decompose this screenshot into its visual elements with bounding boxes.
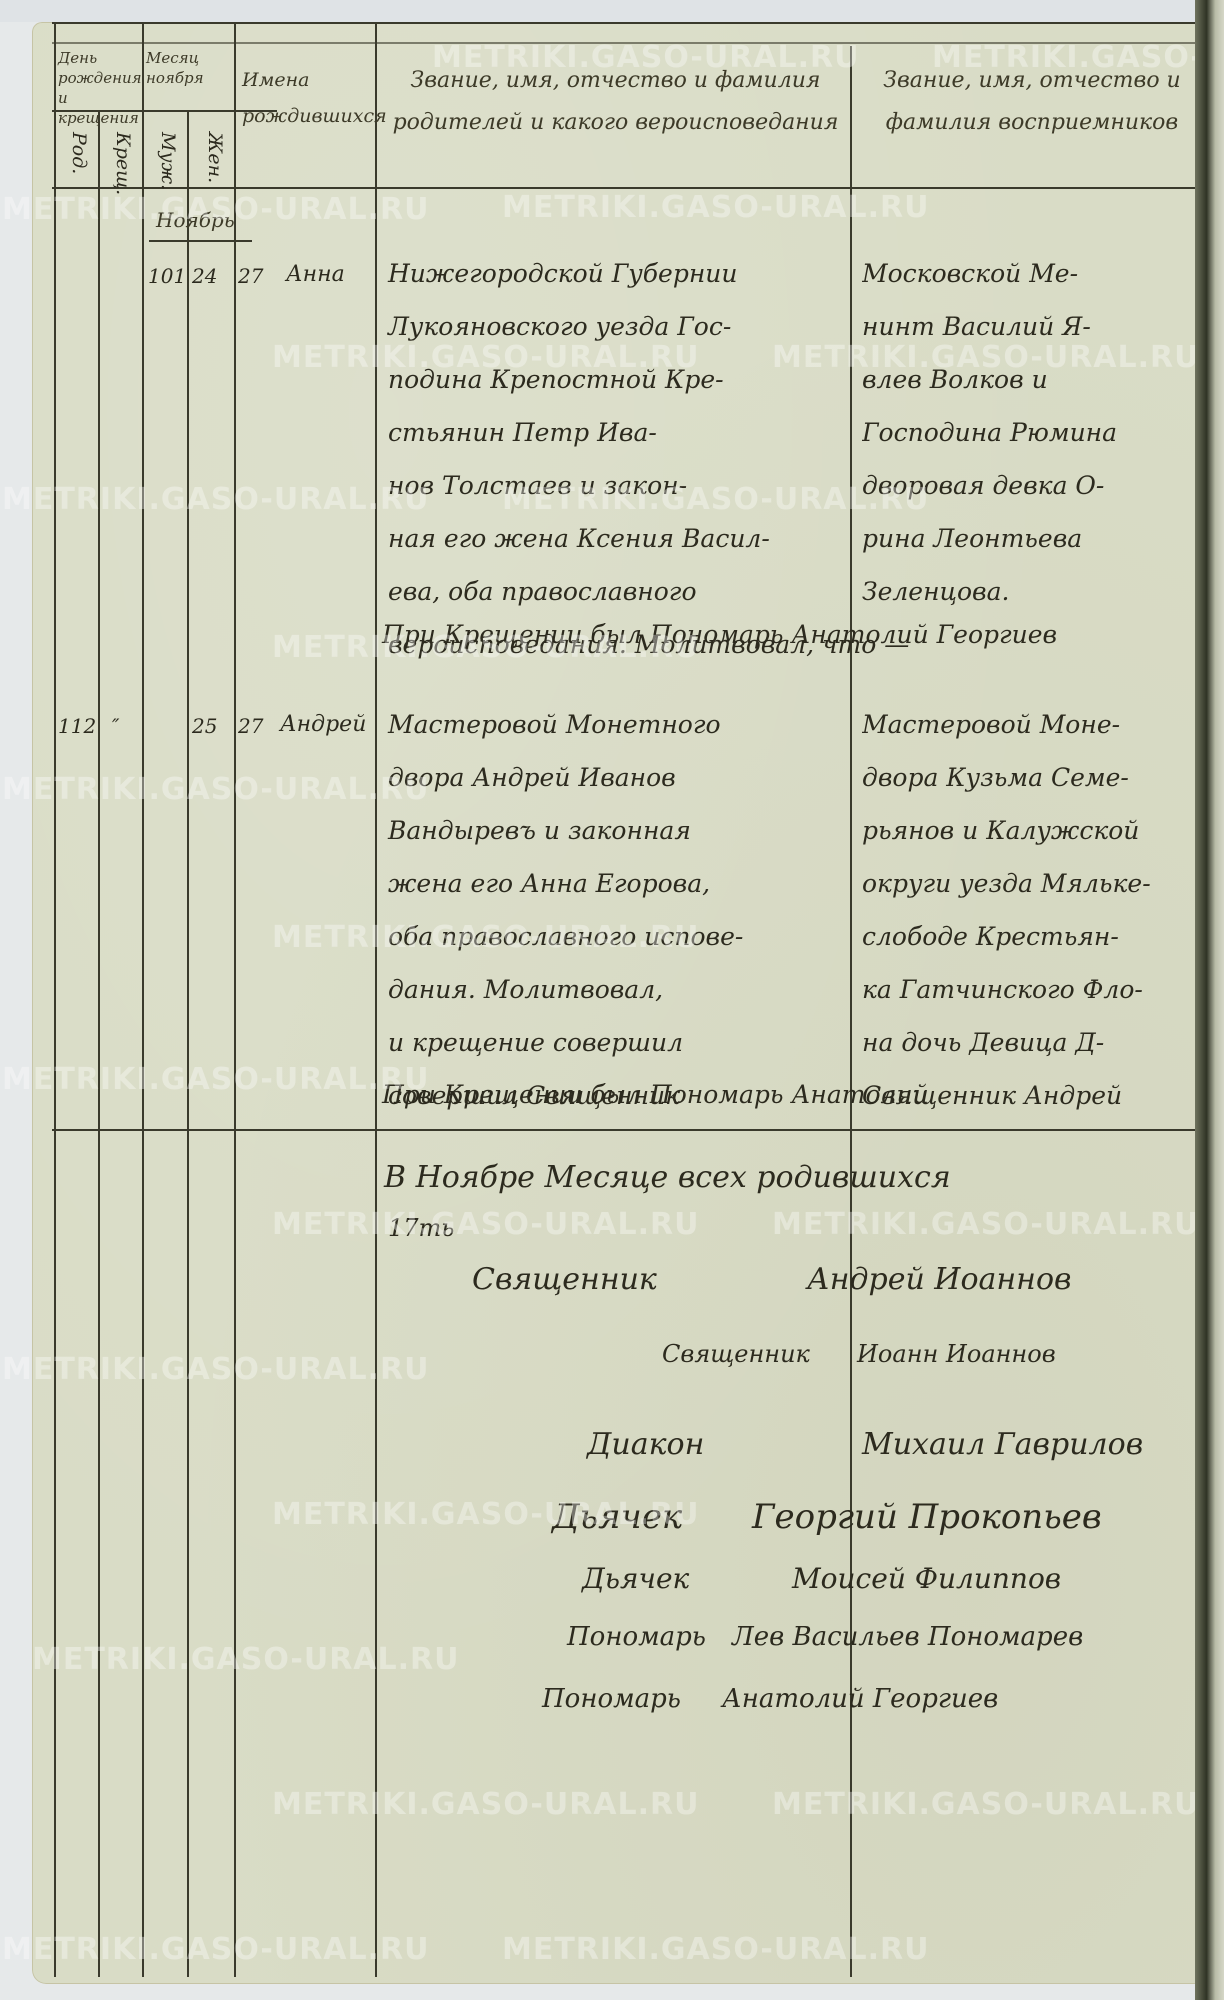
watermark: METRIKI.GASO-URAL.RU — [2, 1932, 430, 1967]
text-line: Зеленцова. — [862, 565, 1212, 618]
signature-priest-1-name: Андрей Иоаннов — [807, 1262, 1071, 1297]
col-rule-3 — [142, 22, 144, 1977]
month-label: Ноябрь — [156, 208, 235, 232]
record-2-born: 25 — [192, 714, 217, 738]
header-names: Имена рождившихся — [242, 62, 370, 134]
watermark: METRIKI.GASO-URAL.RU — [32, 1642, 460, 1677]
text-line: ка Гатчинского Фло- — [862, 963, 1212, 1016]
signature-sexton-1-title: Пономарь — [567, 1622, 706, 1652]
text-line: жена его Анна Егорова, — [388, 857, 848, 910]
header-subline — [52, 42, 1202, 44]
header-col-birth: Род. — [68, 132, 90, 174]
record-2-baptized: 27 — [238, 714, 263, 738]
header-birth-baptism-day: День рождения и крещения — [58, 48, 138, 128]
header-col-baptism: Крещ. — [112, 132, 134, 195]
record-1-baptized: 27 — [238, 264, 263, 288]
watermark: METRIKI.GASO-URAL.RU — [2, 1062, 430, 1097]
signature-clerk-2-title: Дьячек — [582, 1562, 689, 1595]
text-line: на дочь Девица Д- — [862, 1016, 1212, 1069]
text-line: Лукояновского уезда Гос- — [388, 300, 848, 353]
col-rule-1 — [54, 22, 56, 1977]
watermark: METRIKI.GASO-URAL.RU — [2, 1352, 430, 1387]
signature-priest-1-title: Священник — [472, 1262, 657, 1297]
text-line: нинт Василий Я- — [862, 300, 1212, 353]
signature-clerk-1-title: Дьячек — [552, 1497, 682, 1537]
text-line: слободе Крестьян- — [862, 910, 1212, 963]
record-1-godparents: Московской Ме- нинт Василий Я- влев Волк… — [862, 247, 1212, 618]
text-line: двора Кузьма Семе- — [862, 751, 1212, 804]
header-col-male: Муж. — [157, 132, 179, 190]
text-line: нов Толстаев и закон- — [388, 459, 848, 512]
watermark: METRIKI.GASO-URAL.RU — [772, 1207, 1200, 1242]
text-line: рьянов и Калужской — [862, 804, 1212, 857]
watermark: METRIKI.GASO-URAL.RU — [272, 1207, 700, 1242]
col-rule-4 — [187, 110, 189, 1977]
month-row-rule — [149, 240, 252, 242]
text-line: и крещение совершил — [388, 1016, 848, 1069]
text-line: влев Волков и — [862, 353, 1212, 406]
header-month: Месяц ноября — [146, 48, 232, 88]
record-2-name: Андрей — [280, 712, 366, 737]
record-separator — [52, 1129, 1202, 1131]
watermark: METRIKI.GASO-URAL.RU — [772, 1787, 1200, 1822]
book-binding-edge — [1195, 0, 1224, 2000]
record-2-parents: Мастеровой Монетного двора Андрей Иванов… — [388, 698, 848, 1122]
text-line: Мастеровой Монетного — [388, 698, 848, 751]
header-godparents: Звание, имя, отчество и фамилия восприем… — [862, 60, 1202, 144]
record-1-parents: Нижегородской Губернии Лукояновского уез… — [388, 247, 848, 671]
signature-deacon-title: Диакон — [587, 1427, 704, 1462]
text-line: Мастеровой Моне- — [862, 698, 1212, 751]
record-1-female-no: 101 — [148, 264, 186, 288]
watermark: METRIKI.GASO-URAL.RU — [2, 482, 430, 517]
text-line: Господина Рюмина — [862, 406, 1212, 459]
signature-sexton-2-title: Пономарь — [542, 1684, 681, 1714]
text-line: ева, оба православного — [388, 565, 848, 618]
signature-sexton-1-name: Лев Васильев Пономарев — [732, 1622, 1083, 1652]
text-line: подина Крепостной Кре- — [388, 353, 848, 406]
signature-clerk-2-name: Моисей Филиппов — [792, 1562, 1061, 1595]
text-line: дворовая девка О- — [862, 459, 1212, 512]
record-1-witness: При Крещении был Пономарь Анатолий Георг… — [382, 620, 1057, 649]
record-1-born: 24 — [192, 264, 217, 288]
scan-background-top — [0, 0, 1224, 22]
text-line: оба православного испове- — [388, 910, 848, 963]
col-rule-5 — [234, 22, 236, 1977]
watermark: METRIKI.GASO-URAL.RU — [502, 1932, 930, 1967]
watermark: METRIKI.GASO-URAL.RU — [502, 190, 930, 225]
record-2-female-no: ″ — [112, 714, 119, 738]
record-2-male-no: 112 — [58, 714, 96, 738]
signature-sexton-2-name: Анатолий Георгиев — [722, 1684, 998, 1714]
text-line: округи уезда Мяльке- — [862, 857, 1212, 910]
text-line: Вандыревъ и законная — [388, 804, 848, 857]
signature-priest-2-name: Иоанн Иоаннов — [857, 1340, 1056, 1368]
top-border — [52, 22, 1202, 24]
text-line: стьянин Петр Ива- — [388, 406, 848, 459]
text-line: Московской Ме- — [862, 247, 1212, 300]
record-2-witness: При Крещении был Пономарь Анатолий — [382, 1080, 929, 1109]
text-line: ная его жена Ксения Васил- — [388, 512, 848, 565]
month-summary: В Ноябре Месяце всех родившихся — [384, 1160, 951, 1195]
record-1-name: Анна — [286, 262, 345, 287]
header-parents: Звание, имя, отчество и фамилия родителе… — [388, 60, 843, 144]
text-line: дания. Молитвовал, — [388, 963, 848, 1016]
col-rule-2 — [98, 110, 100, 1977]
signature-deacon-name: Михаил Гаврилов — [862, 1427, 1143, 1462]
record-2-godparents: Мастеровой Моне- двора Кузьма Семе- рьян… — [862, 698, 1212, 1122]
watermark: METRIKI.GASO-URAL.RU — [2, 772, 430, 807]
header-bottom-rule — [52, 187, 1202, 189]
text-line: Нижегородской Губернии — [388, 247, 848, 300]
header-col-female: Жен. — [204, 132, 226, 183]
register-page: День рождения и крещения Месяц ноября Ро… — [32, 22, 1212, 1984]
col-rule-6 — [375, 22, 377, 1977]
watermark: METRIKI.GASO-URAL.RU — [272, 1787, 700, 1822]
text-line: рина Леонтьева — [862, 512, 1212, 565]
text-line: двора Андрей Иванов — [388, 751, 848, 804]
signature-clerk-1-name: Георгий Прокопьев — [752, 1497, 1102, 1537]
signature-priest-2-title: Священник — [662, 1340, 810, 1368]
month-summary-count: 17ть — [388, 1214, 454, 1242]
